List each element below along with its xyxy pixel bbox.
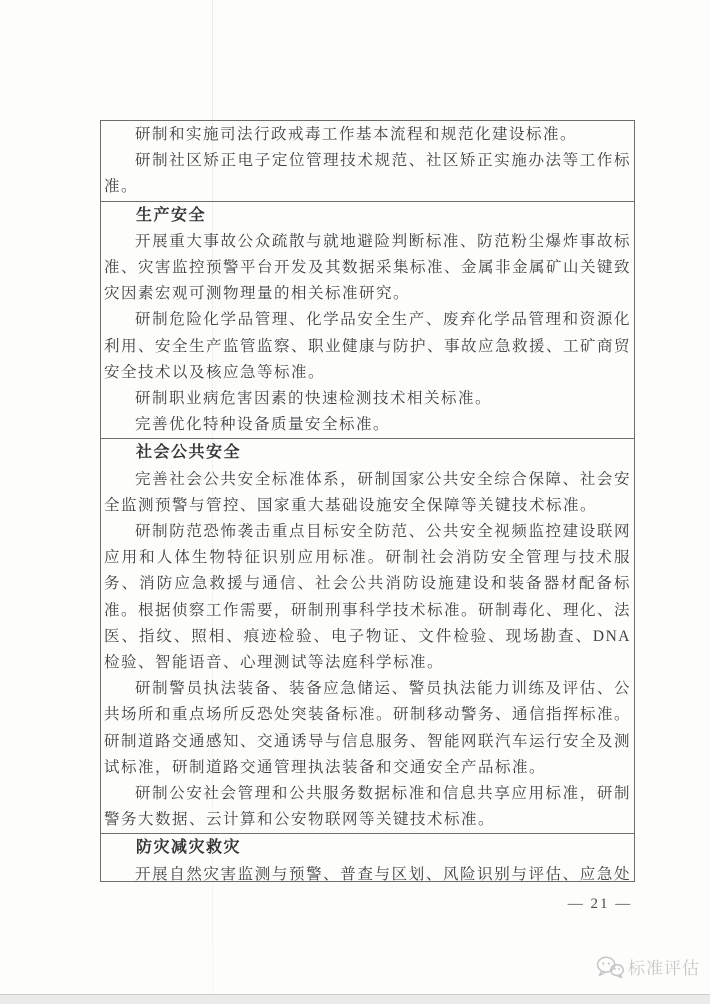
screenshot-bottom-edge: [0, 994, 710, 1004]
paragraph: 研制职业病危害因素的快速检测技术相关标准。: [104, 386, 631, 412]
wechat-logo-icon: [596, 955, 624, 979]
paragraph: 研制社区矫正电子定位管理技术规范、社区矫正实施办法等工作标准。: [104, 148, 631, 200]
paragraph: 研制公安社会管理和公共服务数据标准和信息共享应用标准，研制警务大数据、云计算和公…: [104, 781, 631, 833]
table-row: 防灾减灾救灾开展自然灾害监测与预警、普查与区划、风险识别与评估、应急处置、灾情调…: [101, 834, 634, 882]
paragraph: 研制警员执法装备、装备应急储运、警员执法能力训练及评估、公共场所和重点场所反恐处…: [104, 676, 631, 781]
watermark-label: 标准评估: [628, 954, 700, 979]
section-heading: 防灾减灾救灾: [104, 835, 631, 861]
paragraph: 研制危险化学品管理、化学品安全生产、废弃化学品管理和资源化利用、安全生产监管监察…: [104, 307, 631, 386]
paragraph: 完善优化特种设备质量安全标准。: [104, 412, 631, 438]
paragraph: 开展自然灾害监测与预警、普查与区划、风险识别与评估、应急处置、灾情调查与收集、灾…: [104, 862, 631, 882]
paragraph: 研制防范恐怖袭击重点目标安全防范、公共安全视频监控建设联网应用和人体生物特征识别…: [104, 519, 631, 676]
section-heading: 社会公共安全: [104, 440, 631, 466]
document-page: 研制和实施司法行政戒毒工作基本流程和规范化建设标准。研制社区矫正电子定位管理技术…: [0, 0, 710, 1004]
paragraph: 完善社会公共安全标准体系，研制国家公共安全综合保障、社会安全监测预警与管控、国家…: [104, 467, 631, 519]
paragraph: 研制和实施司法行政戒毒工作基本流程和规范化建设标准。: [104, 122, 631, 148]
page-number: — 21 —: [540, 896, 660, 913]
section-heading: 生产安全: [104, 203, 631, 229]
table-row: 研制和实施司法行政戒毒工作基本流程和规范化建设标准。研制社区矫正电子定位管理技术…: [101, 121, 634, 202]
table-row: 社会公共安全完善社会公共安全标准体系，研制国家公共安全综合保障、社会安全监测预警…: [101, 439, 634, 834]
watermark: 标准评估: [596, 954, 700, 979]
table-row: 生产安全开展重大事故公众疏散与就地避险判断标准、防范粉尘爆炸事故标准、灾害监控预…: [101, 202, 634, 440]
standards-table: 研制和实施司法行政戒毒工作基本流程和规范化建设标准。研制社区矫正电子定位管理技术…: [100, 120, 635, 882]
paragraph: 开展重大事故公众疏散与就地避险判断标准、防范粉尘爆炸事故标准、灾害监控预警平台开…: [104, 229, 631, 308]
